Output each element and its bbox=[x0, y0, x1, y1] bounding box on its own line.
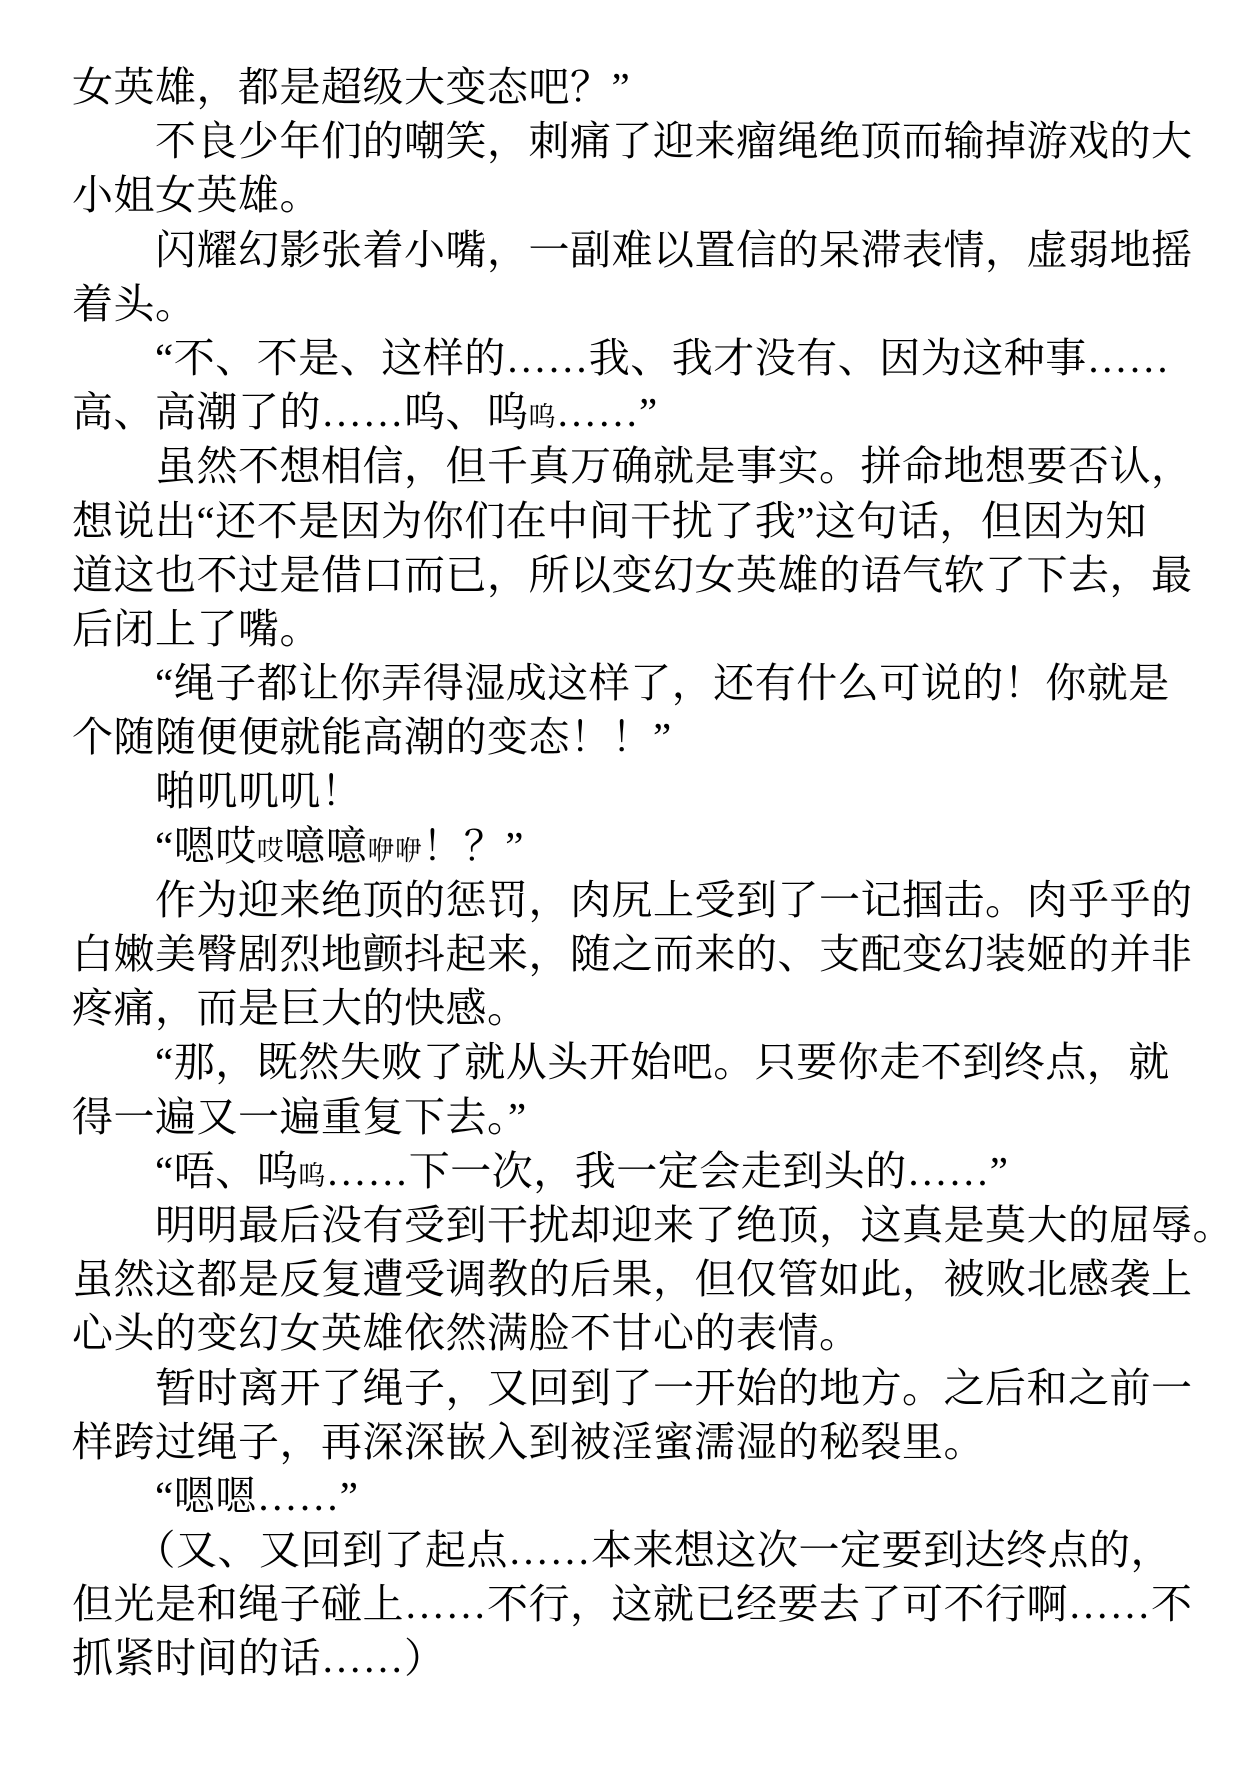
text-line: 女英雄，都是超级大变态吧？” bbox=[72, 60, 1202, 114]
text-line: 暂时离开了绳子，又回到了一开始的地方。之后和之前一 bbox=[72, 1361, 1202, 1415]
text-segment: 噫噫 bbox=[284, 823, 367, 869]
text-line: 小姐女英雄。 bbox=[72, 168, 1202, 222]
text-segment: 高、高潮了的……呜、呜 bbox=[72, 389, 529, 435]
text-segment: 想说出“还不是因为你们在中间干扰了我”这句话，但因为知 bbox=[72, 498, 1147, 544]
text-line: （又、又回到了起点……本来想这次一定要到达终点的， bbox=[72, 1523, 1202, 1577]
text-segment: “嗯哎 bbox=[72, 823, 257, 869]
small-char-segment: 咿咿 bbox=[367, 836, 422, 866]
text-line: “嗯哎哎噫噫咿咿！？” bbox=[72, 819, 1202, 873]
text-line: 后闭上了嘴。 bbox=[72, 602, 1202, 656]
text-segment: 明明最后没有受到干扰却迎来了绝顶，这真是莫大的屈辱。 bbox=[72, 1202, 1234, 1248]
text-line: “那，既然失败了就从头开始吧。只要你走不到终点，就 bbox=[72, 1035, 1202, 1089]
text-segment: 闪耀幻影张着小嘴，一副难以置信的呆滞表情，虚弱地摇 bbox=[72, 227, 1193, 273]
text-segment: 女英雄，都是超级大变态吧？” bbox=[72, 64, 630, 110]
text-line: 作为迎来绝顶的惩罚，肉尻上受到了一记掴击。肉乎乎的 bbox=[72, 873, 1202, 927]
text-line: 虽然不想相信，但千真万确就是事实。拼命地想要否认， bbox=[72, 439, 1202, 493]
text-line: 得一遍又一遍重复下去。” bbox=[72, 1090, 1202, 1144]
text-segment: “唔、呜 bbox=[72, 1148, 298, 1194]
text-line: 疼痛，而是巨大的快感。 bbox=[72, 981, 1202, 1035]
text-segment: ……” bbox=[556, 389, 658, 435]
text-line: 高、高潮了的……呜、呜呜……” bbox=[72, 385, 1202, 439]
text-segment: 啪叽叽叽！ bbox=[72, 768, 363, 814]
text-segment: （又、又回到了起点……本来想这次一定要到达终点的， bbox=[72, 1527, 1172, 1573]
small-char-segment: 呜 bbox=[298, 1161, 326, 1191]
text-segment: “嗯嗯……” bbox=[72, 1473, 358, 1519]
text-segment: 个随随便便就能高潮的变态！！” bbox=[72, 714, 672, 760]
text-segment: 但光是和绳子碰上……不行，这就已经要去了可不行啊……不 bbox=[72, 1581, 1193, 1627]
text-segment: ！？” bbox=[422, 823, 524, 869]
text-segment: 虽然这都是反复遭受调教的后果，但仅管如此，被败北感袭上 bbox=[72, 1256, 1193, 1302]
text-line: 个随随便便就能高潮的变态！！” bbox=[72, 710, 1202, 764]
text-segment: “那，既然失败了就从头开始吧。只要你走不到终点，就 bbox=[72, 1039, 1170, 1085]
document-page: 女英雄，都是超级大变态吧？” 不良少年们的嘲笑，刺痛了迎来瘤绳绝顶而输掉游戏的大… bbox=[0, 0, 1258, 1785]
text-line: “绳子都让你弄得湿成这样了，还有什么可说的！你就是 bbox=[72, 656, 1202, 710]
text-segment: “不、不是、这样的……我、我才没有、因为这种事…… bbox=[72, 335, 1170, 381]
text-segment: “绳子都让你弄得湿成这样了，还有什么可说的！你就是 bbox=[72, 660, 1170, 706]
text-line: “嗯嗯……” bbox=[72, 1469, 1202, 1523]
text-segment: 疼痛，而是巨大的快感。 bbox=[72, 985, 529, 1031]
text-segment: 着头。 bbox=[72, 281, 197, 327]
text-segment: 心头的变幻女英雄依然满脸不甘心的表情。 bbox=[72, 1310, 861, 1356]
text-line: 明明最后没有受到干扰却迎来了绝顶，这真是莫大的屈辱。 bbox=[72, 1198, 1202, 1252]
text-line: 心头的变幻女英雄依然满脸不甘心的表情。 bbox=[72, 1306, 1202, 1360]
text-segment: 暂时离开了绳子，又回到了一开始的地方。之后和之前一 bbox=[72, 1365, 1193, 1411]
text-segment: 得一遍又一遍重复下去。” bbox=[72, 1094, 527, 1140]
text-segment: 后闭上了嘴。 bbox=[72, 606, 321, 652]
text-segment: 白嫩美臀剧烈地颤抖起来，随之而来的、支配变幻装姬的并非 bbox=[72, 931, 1193, 977]
text-segment: 小姐女英雄。 bbox=[72, 172, 321, 218]
text-line: “不、不是、这样的……我、我才没有、因为这种事…… bbox=[72, 331, 1202, 385]
text-line: 但光是和绳子碰上……不行，这就已经要去了可不行啊……不 bbox=[72, 1577, 1202, 1631]
small-char-segment: 呜 bbox=[529, 402, 557, 432]
text-segment: ……下一次，我一定会走到头的……” bbox=[326, 1148, 1009, 1194]
text-line: 白嫩美臀剧烈地颤抖起来，随之而来的、支配变幻装姬的并非 bbox=[72, 927, 1202, 981]
text-line: 道这也不过是借口而已，所以变幻女英雄的语气软了下去，最 bbox=[72, 548, 1202, 602]
text-segment: 作为迎来绝顶的惩罚，肉尻上受到了一记掴击。肉乎乎的 bbox=[72, 877, 1193, 923]
text-body: 女英雄，都是超级大变态吧？” 不良少年们的嘲笑，刺痛了迎来瘤绳绝顶而输掉游戏的大… bbox=[72, 60, 1202, 1686]
text-segment: 不良少年们的嘲笑，刺痛了迎来瘤绳绝顶而输掉游戏的大 bbox=[72, 118, 1193, 164]
text-segment: 道这也不过是借口而已，所以变幻女英雄的语气软了下去，最 bbox=[72, 552, 1193, 598]
text-line: 着头。 bbox=[72, 277, 1202, 331]
text-line: 闪耀幻影张着小嘴，一副难以置信的呆滞表情，虚弱地摇 bbox=[72, 223, 1202, 277]
small-char-segment: 哎 bbox=[257, 836, 285, 866]
text-line: 不良少年们的嘲笑，刺痛了迎来瘤绳绝顶而输掉游戏的大 bbox=[72, 114, 1202, 168]
text-segment: 虽然不想相信，但千真万确就是事实。拼命地想要否认， bbox=[72, 443, 1193, 489]
text-line: “唔、呜呜……下一次，我一定会走到头的……” bbox=[72, 1144, 1202, 1198]
text-line: 啪叽叽叽！ bbox=[72, 764, 1202, 818]
text-segment: 样跨过绳子，再深深嵌入到被淫蜜濡湿的秘裂里。 bbox=[72, 1419, 985, 1465]
text-line: 样跨过绳子，再深深嵌入到被淫蜜濡湿的秘裂里。 bbox=[72, 1415, 1202, 1469]
text-segment: 抓紧时间的话……） bbox=[72, 1635, 446, 1681]
text-line: 虽然这都是反复遭受调教的后果，但仅管如此，被败北感袭上 bbox=[72, 1252, 1202, 1306]
text-line: 想说出“还不是因为你们在中间干扰了我”这句话，但因为知 bbox=[72, 494, 1202, 548]
text-line: 抓紧时间的话……） bbox=[72, 1631, 1202, 1685]
